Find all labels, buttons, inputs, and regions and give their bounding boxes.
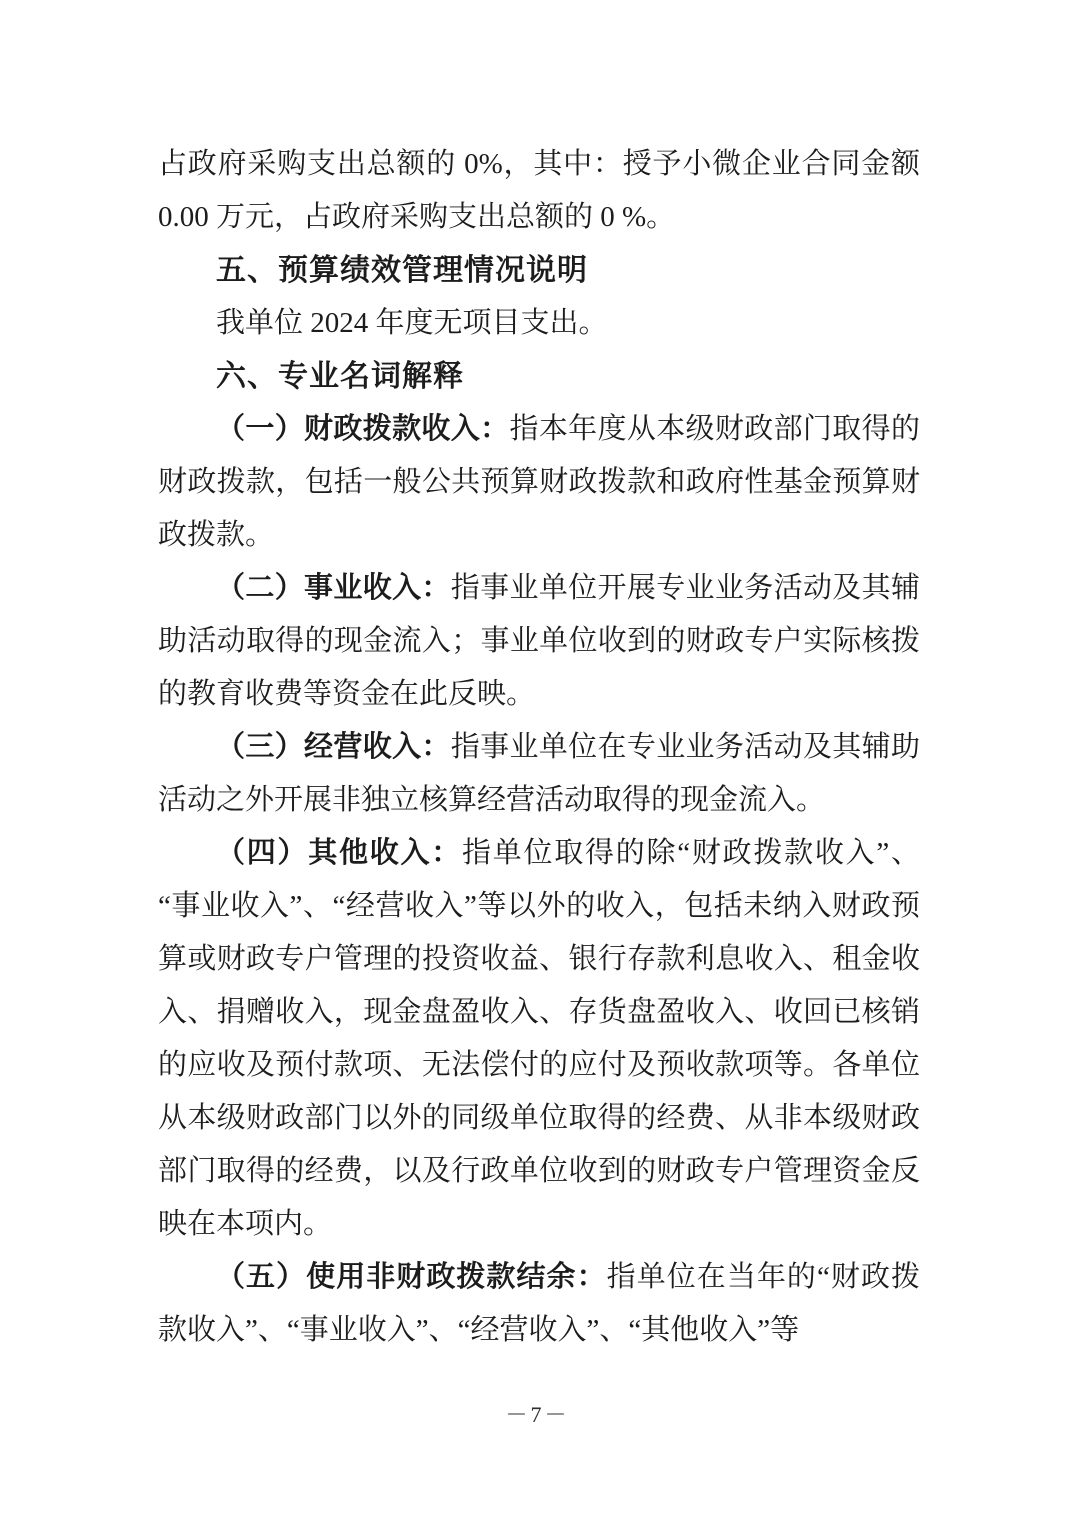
body-paragraph: （一）财政拨款收入：指本年度从本级财政部门取得的财政拨款，包括一般公共预算财政拨… [158,403,920,562]
section-heading: 五、预算绩效管理情况说明 [158,244,920,297]
body-paragraph: 占政府采购支出总额的 0%，其中：授予小微企业合同金额 0.00 万元，占政府采… [158,138,920,244]
term-label: （一）财政拨款收入： [216,413,509,445]
document-body: 占政府采购支出总额的 0%，其中：授予小微企业合同金额 0.00 万元，占政府采… [158,138,920,1357]
paragraph-text: 指单位取得的除“财政拨款收入”、“事业收入”、“经营收入”等以外的收入，包括未纳… [158,837,920,1240]
term-label: （五）使用非财政拨款结余： [216,1261,607,1293]
document-page: 占政府采购支出总额的 0%，其中：授予小微企业合同金额 0.00 万元，占政府采… [0,0,1075,1520]
body-paragraph: （三）经营收入：指事业单位在专业业务活动及其辅助活动之外开展非独立核算经营活动取… [158,721,920,827]
body-paragraph: 我单位 2024 年度无项目支出。 [158,297,920,350]
section-heading: 六、专业名词解释 [158,350,920,403]
paragraph-text: 我单位 2024 年度无项目支出。 [216,307,608,339]
paragraph-text: 六、专业名词解释 [216,360,464,393]
term-label: （二）事业收入： [216,572,451,604]
paragraph-text: 五、预算绩效管理情况说明 [216,254,588,287]
body-paragraph: （二）事业收入：指事业单位开展专业业务活动及其辅助活动取得的现金流入；事业单位收… [158,562,920,721]
body-paragraph: （四）其他收入：指单位取得的除“财政拨款收入”、“事业收入”、“经营收入”等以外… [158,827,920,1251]
body-paragraph: （五）使用非财政拨款结余：指单位在当年的“财政拨款收入”、“事业收入”、“经营收… [158,1251,920,1357]
page-footer: －7－ [0,1398,1075,1429]
paragraph-text: 占政府采购支出总额的 0%，其中：授予小微企业合同金额 0.00 万元，占政府采… [158,148,920,233]
page-number: －7－ [505,1402,569,1427]
term-label: （四）其他收入： [216,837,462,869]
term-label: （三）经营收入： [216,731,451,763]
